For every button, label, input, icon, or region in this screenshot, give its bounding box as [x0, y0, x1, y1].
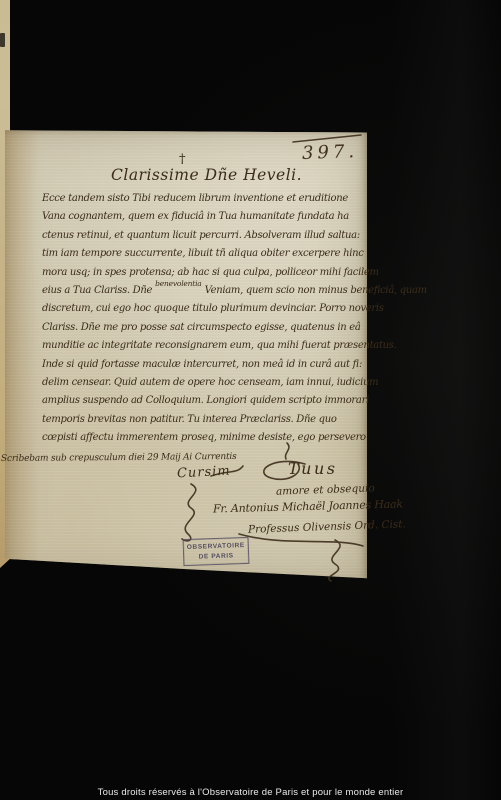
binding-notch: [0, 33, 5, 47]
body-line: discretum, cui ego hoc quoque titulo plu…: [42, 303, 366, 321]
body-line: cœpisti affectu immerentem proseq, minim…: [42, 432, 366, 450]
body-line-part: eius a Tua Clariss. Dñe: [42, 285, 152, 296]
stamp-line-2: DE PARIS: [198, 551, 233, 562]
copyright-caption: Tous droits réservés à l'Observatoire de…: [0, 787, 501, 798]
signature-paraph-flourish: [329, 540, 340, 581]
cursim-paraph-flourish: [182, 484, 196, 541]
body-line: Clariss. Dñe me pro posse sat circumspec…: [42, 322, 366, 340]
interline-insertion: benevolentia: [155, 279, 201, 288]
body-line-with-insertion: eius a Tua Clariss. DñebenevolentiaVenia…: [42, 285, 366, 303]
letter-body: Ecce tandem sisto Tibi reducem librum in…: [42, 193, 366, 450]
closing-word-cursim: Cursim: [177, 464, 231, 482]
observatoire-de-paris-stamp: OBSERVATOIRE DE PARIS: [183, 537, 250, 566]
body-line: Ecce tandem sisto Tibi reducem librum in…: [42, 193, 366, 211]
body-line: ctenus retinui, et quantum licuit percur…: [42, 230, 366, 248]
body-line: Inde si quid fortasse maculæ intercurret…: [42, 359, 366, 377]
signature-underline-flourish: [239, 534, 363, 546]
body-line: temporis brevitas non patitur. Tu intere…: [42, 414, 366, 432]
body-line: tim iam tempore succurrente, libuit tñ a…: [42, 248, 366, 266]
letter-content: 397. † Clarissime Dñe Heveli. Ecce tande…: [5, 128, 367, 580]
body-line: delim censear. Quid autem de opere hoc c…: [42, 377, 366, 395]
invocation-cross-mark: †: [179, 152, 186, 167]
body-line-part: Veniam, quem scio non minus beneficiâ, q…: [205, 285, 427, 296]
scan-background: { "scan": { "page_number": "397.", "stam…: [0, 0, 501, 800]
salutation: Clarissime Dñe Heveli.: [111, 166, 302, 184]
body-line: amplius suspendo ad Colloquium. Longiori…: [42, 395, 366, 413]
margin-dateline-note: Scribebam sub crepusculum diei 29 Maij A…: [1, 452, 237, 464]
body-line: munditie ac integritate reconsignarem eu…: [42, 340, 366, 358]
body-line: mora usq; in spes protensa; ab hac si qu…: [42, 267, 366, 285]
body-line: Vana cognantem, quem ex fiduciâ in Tua h…: [42, 211, 366, 229]
archive-page-number: 397.: [302, 141, 359, 164]
valediction: Tuus: [288, 459, 338, 478]
